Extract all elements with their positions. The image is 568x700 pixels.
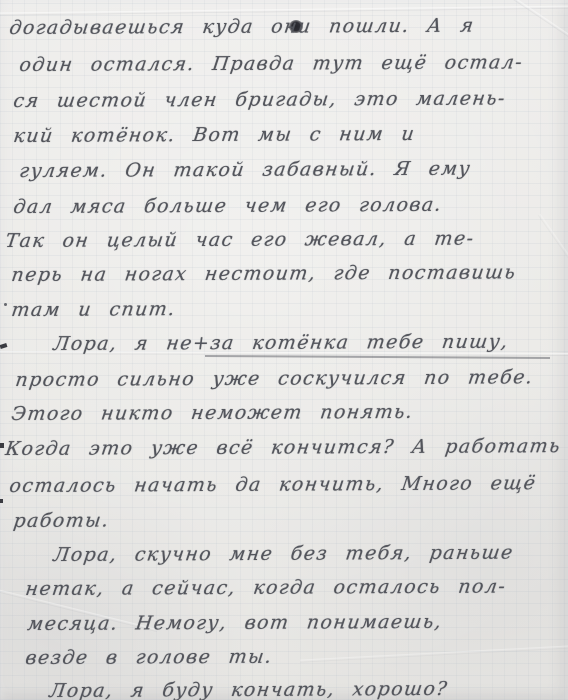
fold-crease-bottom-right: [300, 644, 568, 662]
handwritten-line: догадываешься куда они пошли. А я: [8, 14, 476, 40]
handwritten-line: дал мяса больше чем его голова.: [12, 193, 444, 219]
handwritten-line: осталось начать да кончить, Много ещё: [8, 471, 538, 498]
scan-edge-mark: [0, 343, 7, 349]
handwritten-line: ся шестой член бригады, это малень-: [12, 86, 508, 113]
handwritten-line: просто сильно уже соскучился по тебе.: [14, 365, 535, 392]
handwritten-line: гуляем. Он такой забавный. Я ему: [18, 157, 473, 183]
handwritten-line: там и спит.: [10, 297, 177, 322]
handwritten-line: перь на ногах нестоит, где поставишь: [10, 260, 518, 287]
handwritten-line: работы.: [12, 508, 111, 533]
handwritten-line: нетак, а сейчас, когда осталось пол-: [24, 574, 508, 601]
handwritten-line: месяца. Немогу, вот понимаешь,: [26, 610, 444, 636]
scan-edge-mark: [0, 443, 4, 448]
scan-edge-mark: [0, 499, 3, 503]
handwritten-line: Этого никто неможет понять.: [10, 400, 415, 426]
handwritten-line: Лора, я буду кончать, хорошо?: [48, 677, 450, 700]
fold-crease-mid-right: [538, 214, 568, 289]
handwritten-line: один остался. Правда тут ещё остал-: [18, 50, 525, 77]
handwritten-line: Когда это уже всё кончится? А работать: [4, 434, 563, 461]
handwritten-line: везде в голове ты.: [24, 645, 274, 670]
fold-line-under-words: [205, 355, 550, 359]
handwritten-line: Так он целый час его жевал, а те-: [4, 227, 476, 253]
handwritten-line: кий котёнок. Вот мы с ним и: [12, 122, 417, 148]
letter-page: догадываешься куда они пошли. А я один о…: [0, 0, 568, 700]
handwritten-line: Лора, я не+за котёнка тебе пишу,: [52, 330, 510, 356]
stray-pencil-dot: [4, 303, 7, 306]
handwritten-line: Лора, скучно мне без тебя, раньше: [52, 541, 515, 567]
